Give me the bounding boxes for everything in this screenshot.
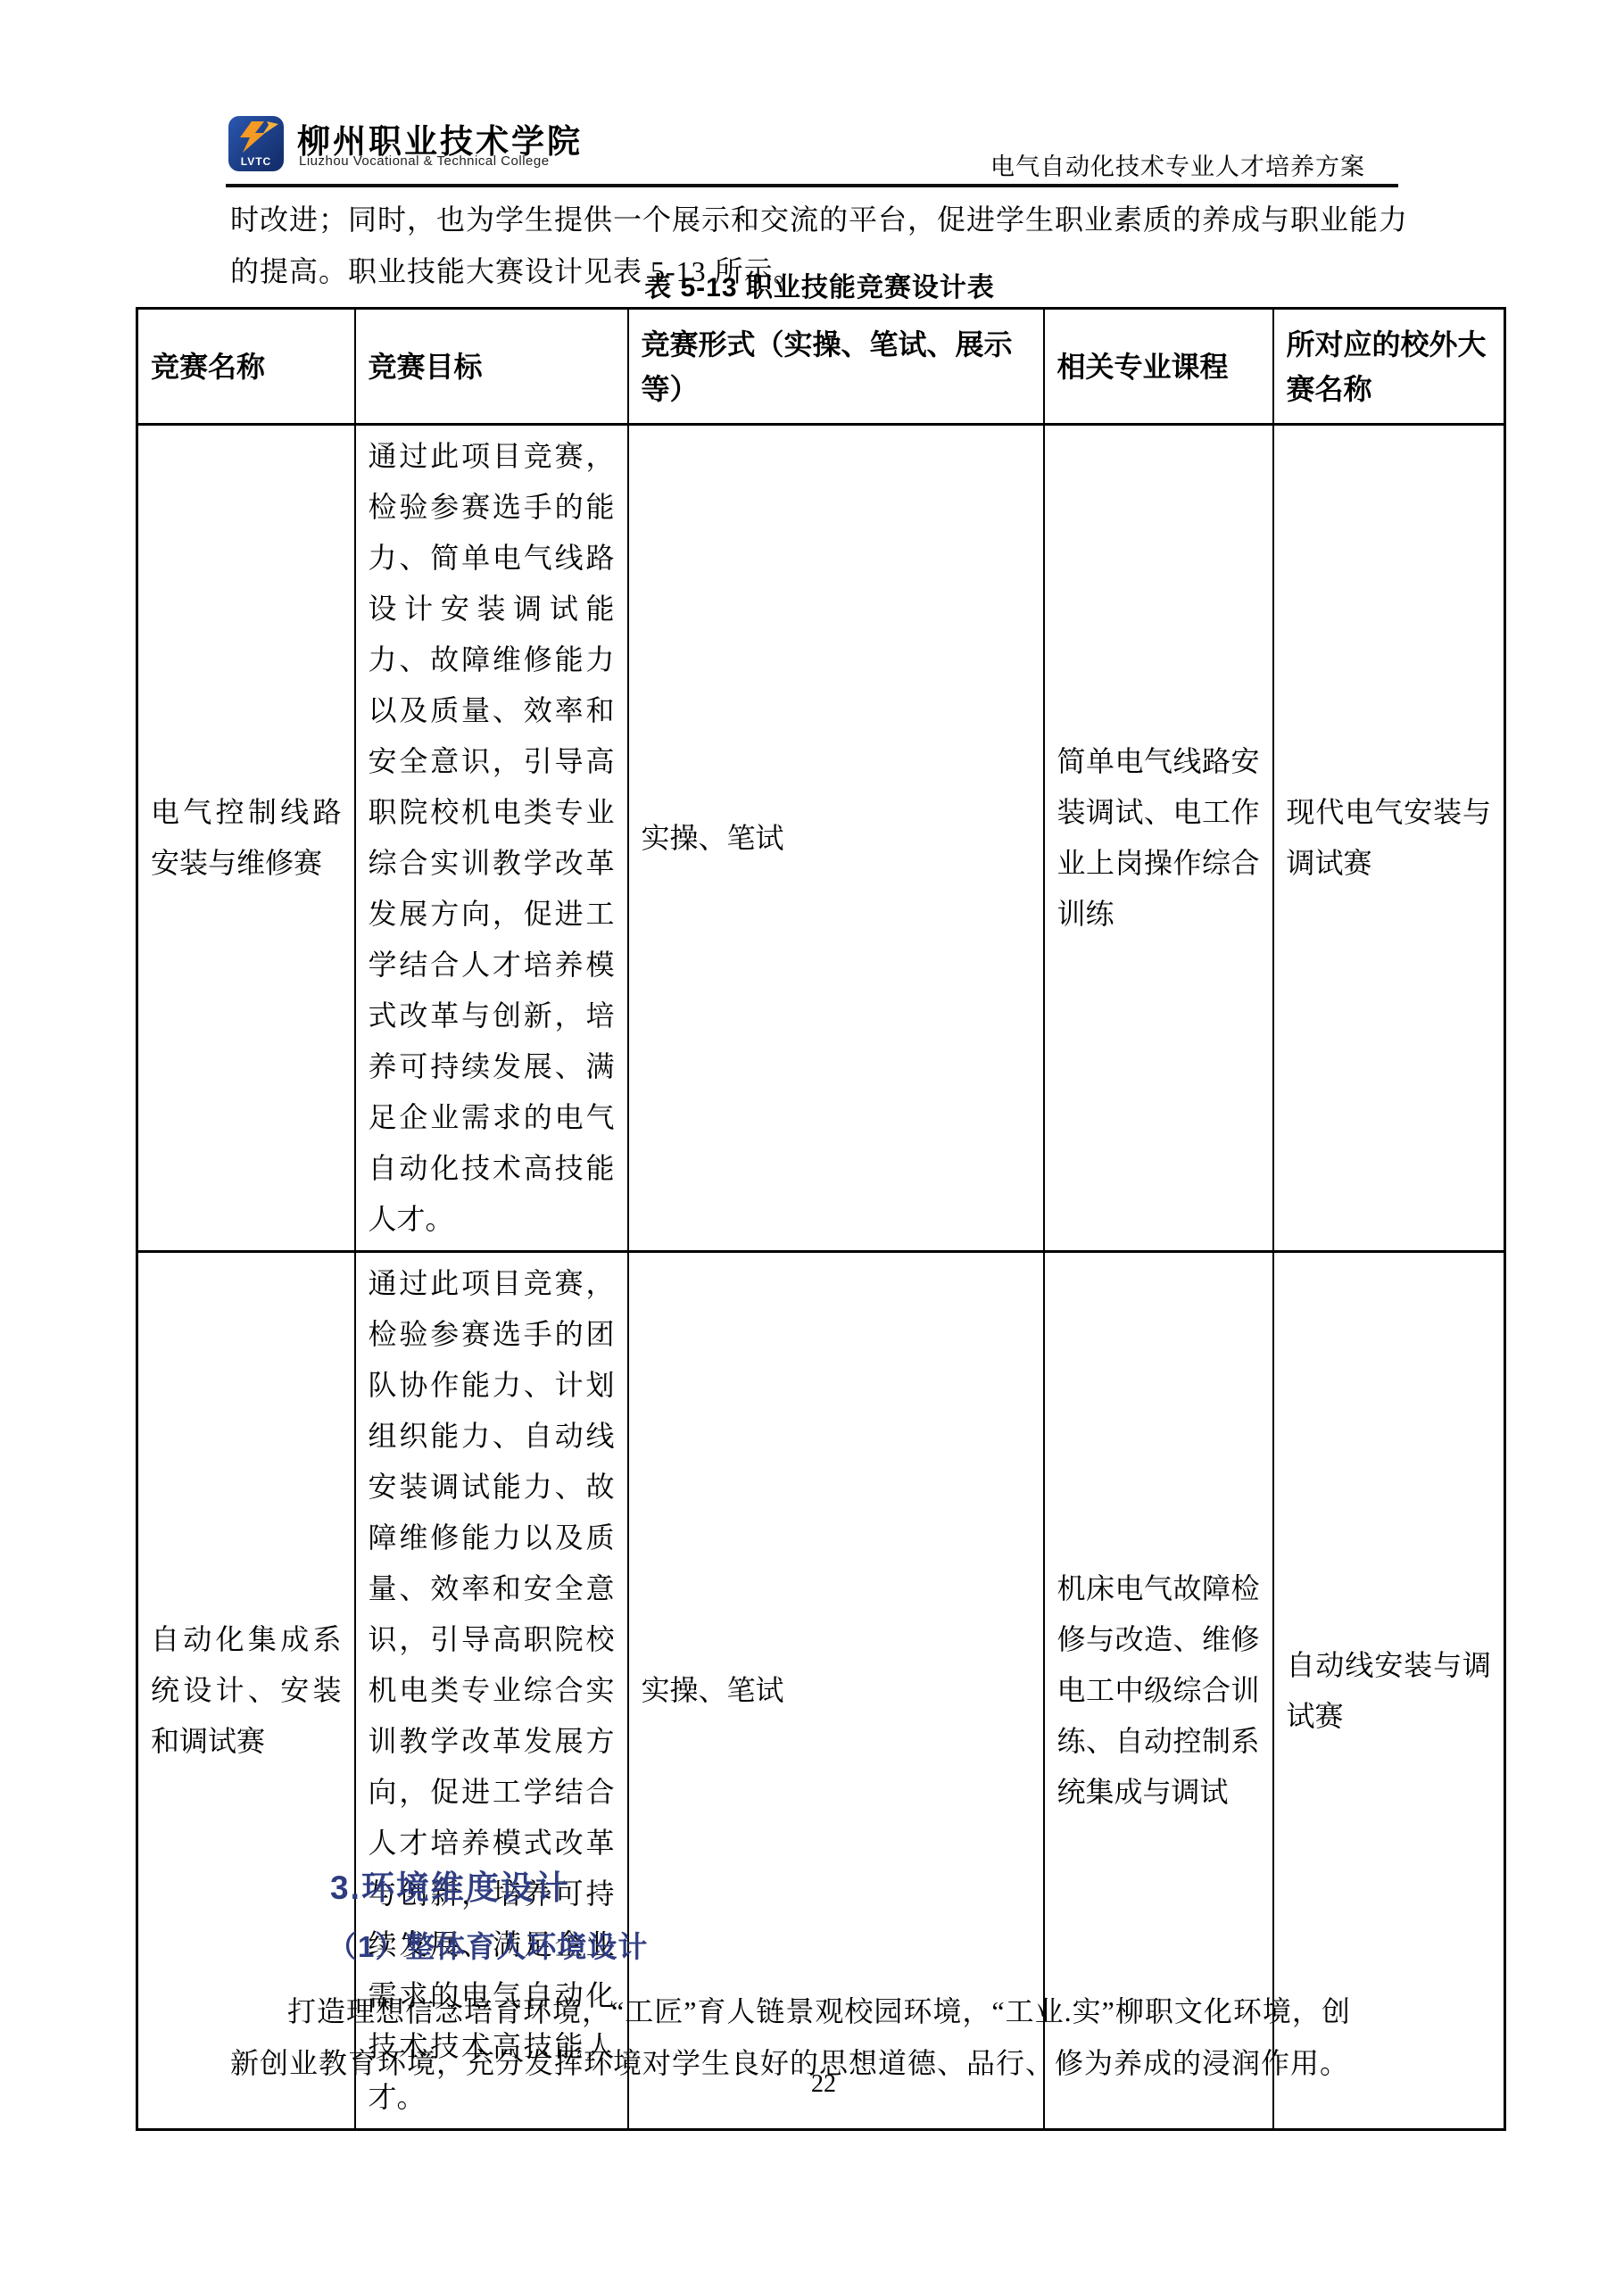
cell-competition-form: 实操、笔试 xyxy=(628,425,1044,1252)
table-caption: 表 5-13 职业技能竞赛设计表 xyxy=(136,270,1504,306)
table-row: 电气控制线路安装与维修赛 通过此项目竞赛，检验参赛选手的能力、简单电气线路设计安… xyxy=(137,425,1505,1252)
header-competition-name: 竞赛名称 xyxy=(137,309,355,425)
cell-external-contest: 现代电气安装与调试赛 xyxy=(1273,425,1505,1252)
header-external-contest: 所对应的校外大赛名称 xyxy=(1273,309,1505,425)
college-name-en: Liuzhou Vocational & Technical College xyxy=(299,153,550,169)
lightning-logo-icon xyxy=(228,116,284,157)
header-doc-title: 电气自动化技术专业人才培养方案 xyxy=(990,147,1365,182)
cell-related-courses: 简单电气线路安装调试、电工作业上岗操作综合训练 xyxy=(1044,425,1273,1252)
header-competition-goal: 竞赛目标 xyxy=(355,309,628,425)
document-page: LVTC 柳州职业技术学院 Liuzhou Vocational & Techn… xyxy=(0,0,1624,2296)
section-paragraph-line1: 打造理想信念培育环境，“工匠”育人链景观校园环境，“工业.实”柳职文化环境，创 xyxy=(230,1985,1417,2037)
header-related-courses: 相关专业课程 xyxy=(1044,309,1273,425)
skills-competition-table: 竞赛名称 竞赛目标 竞赛形式（实操、笔试、展示等） 相关专业课程 所对应的校外大… xyxy=(136,307,1506,2131)
cell-competition-goal: 通过此项目竞赛，检验参赛选手的能力、简单电气线路设计安装调试能力、故障维修能力以… xyxy=(355,425,628,1252)
college-logo: LVTC xyxy=(228,116,284,171)
section-heading: 3.环境维度设计 xyxy=(330,1861,570,1909)
table-header-row: 竞赛名称 竞赛目标 竞赛形式（实操、笔试、展示等） 相关专业课程 所对应的校外大… xyxy=(137,309,1505,425)
page-number: 22 xyxy=(230,2070,1417,2099)
header-competition-form: 竞赛形式（实操、笔试、展示等） xyxy=(628,309,1044,425)
cell-competition-name: 电气控制线路安装与维修赛 xyxy=(137,425,355,1252)
section-subheading: （1）整体育人环境设计 xyxy=(327,1924,648,1966)
header-rule xyxy=(226,184,1398,187)
logo-abbr-text: LVTC xyxy=(228,155,284,168)
intro-paragraph-line1: 时改进；同时，也为学生提供一个展示和交流的平台，促进学生职业素质的养成与职业能力 xyxy=(230,194,1417,245)
